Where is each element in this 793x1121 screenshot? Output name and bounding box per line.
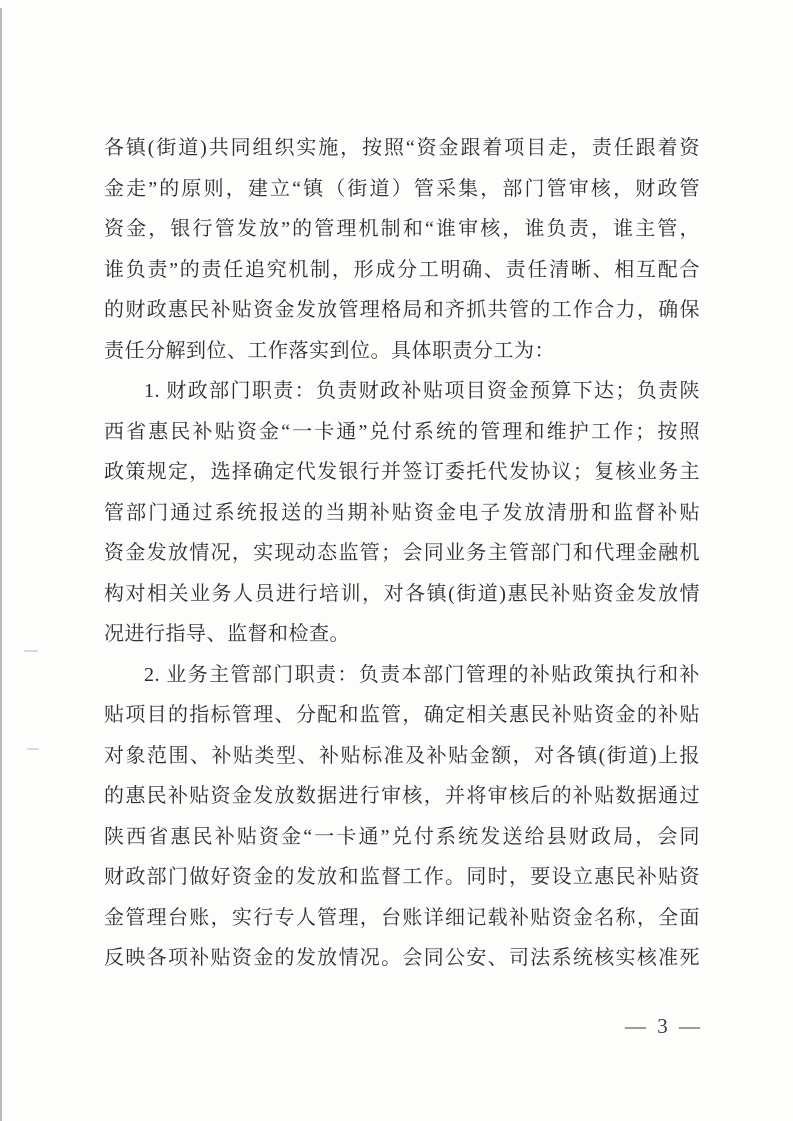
text-line: 资金发放情况，实现动态监管；会同业务主管部门和代理金融机 [104,533,700,574]
text-line: 财政部门做好资金的发放和监督工作。同时，要设立惠民补贴资 [104,857,700,898]
text-line: 反映各项补贴资金的发放情况。会同公安、司法系统核实核准死 [104,938,700,979]
text-line: 对象范围、补贴类型、补贴标准及补贴金额，对各镇(街道)上报 [104,736,700,777]
text-line: 谁负责”的责任追究机制，形成分工明确、责任清晰、相互配合 [104,250,700,291]
text-line: 的财政惠民补贴资金发放管理格局和齐抓共管的工作合力，确保 [104,290,700,331]
paragraph-item-2-business-dept-duties: 2. 业务主管部门职责：负责本部门管理的补贴政策执行和补 贴项目的指标管理、分配… [104,655,700,979]
paragraph-item-1-finance-dept-duties: 1. 财政部门职责：负责财政补贴项目资金预算下达；负责陕 西省惠民补贴资金“一卡… [104,371,700,655]
scan-smudge-artifact [24,650,38,652]
text-line: 2. 业务主管部门职责：负责本部门管理的补贴政策执行和补 [104,655,700,696]
text-line: 责任分解到位、工作落实到位。具体职责分工为： [104,331,700,372]
page-number: — 3 — [625,1014,703,1039]
scan-smudge-artifact [27,748,39,750]
text-line: 贴项目的指标管理、分配和监管，确定相关惠民补贴资金的补贴 [104,695,700,736]
paragraph-intro: 各镇(街道)共同组织实施，按照“资金跟着项目走，责任跟着资 金走”的原则，建立“… [104,128,700,371]
text-line: 金管理台账，实行专人管理，台账详细记载补贴资金名称，全面 [104,898,700,939]
document-body: 各镇(街道)共同组织实施，按照“资金跟着项目走，责任跟着资 金走”的原则，建立“… [104,128,700,979]
scan-edge-artifact [0,8,2,1121]
text-line: 西省惠民补贴资金“一卡通”兑付系统的管理和维护工作；按照 [104,412,700,453]
text-line: 管部门通过系统报送的当期补贴资金电子发放清册和监督补贴 [104,493,700,534]
text-line: 政策规定，选择确定代发银行并签订委托代发协议；复核业务主 [104,452,700,493]
text-line: 构对相关业务人员进行培训，对各镇(街道)惠民补贴资金发放情 [104,574,700,615]
text-line: 各镇(街道)共同组织实施，按照“资金跟着项目走，责任跟着资 [104,128,700,169]
text-line: 金走”的原则，建立“镇（街道）管采集，部门管审核，财政管 [104,169,700,210]
text-line: 资金，银行管发放”的管理机制和“谁审核，谁负责，谁主管， [104,209,700,250]
text-line: 1. 财政部门职责：负责财政补贴项目资金预算下达；负责陕 [104,371,700,412]
text-line: 况进行指导、监督和检查。 [104,614,700,655]
text-line: 陕西省惠民补贴资金“一卡通”兑付系统发送给县财政局，会同 [104,817,700,858]
text-line: 的惠民补贴资金发放数据进行审核，并将审核后的补贴数据通过 [104,776,700,817]
